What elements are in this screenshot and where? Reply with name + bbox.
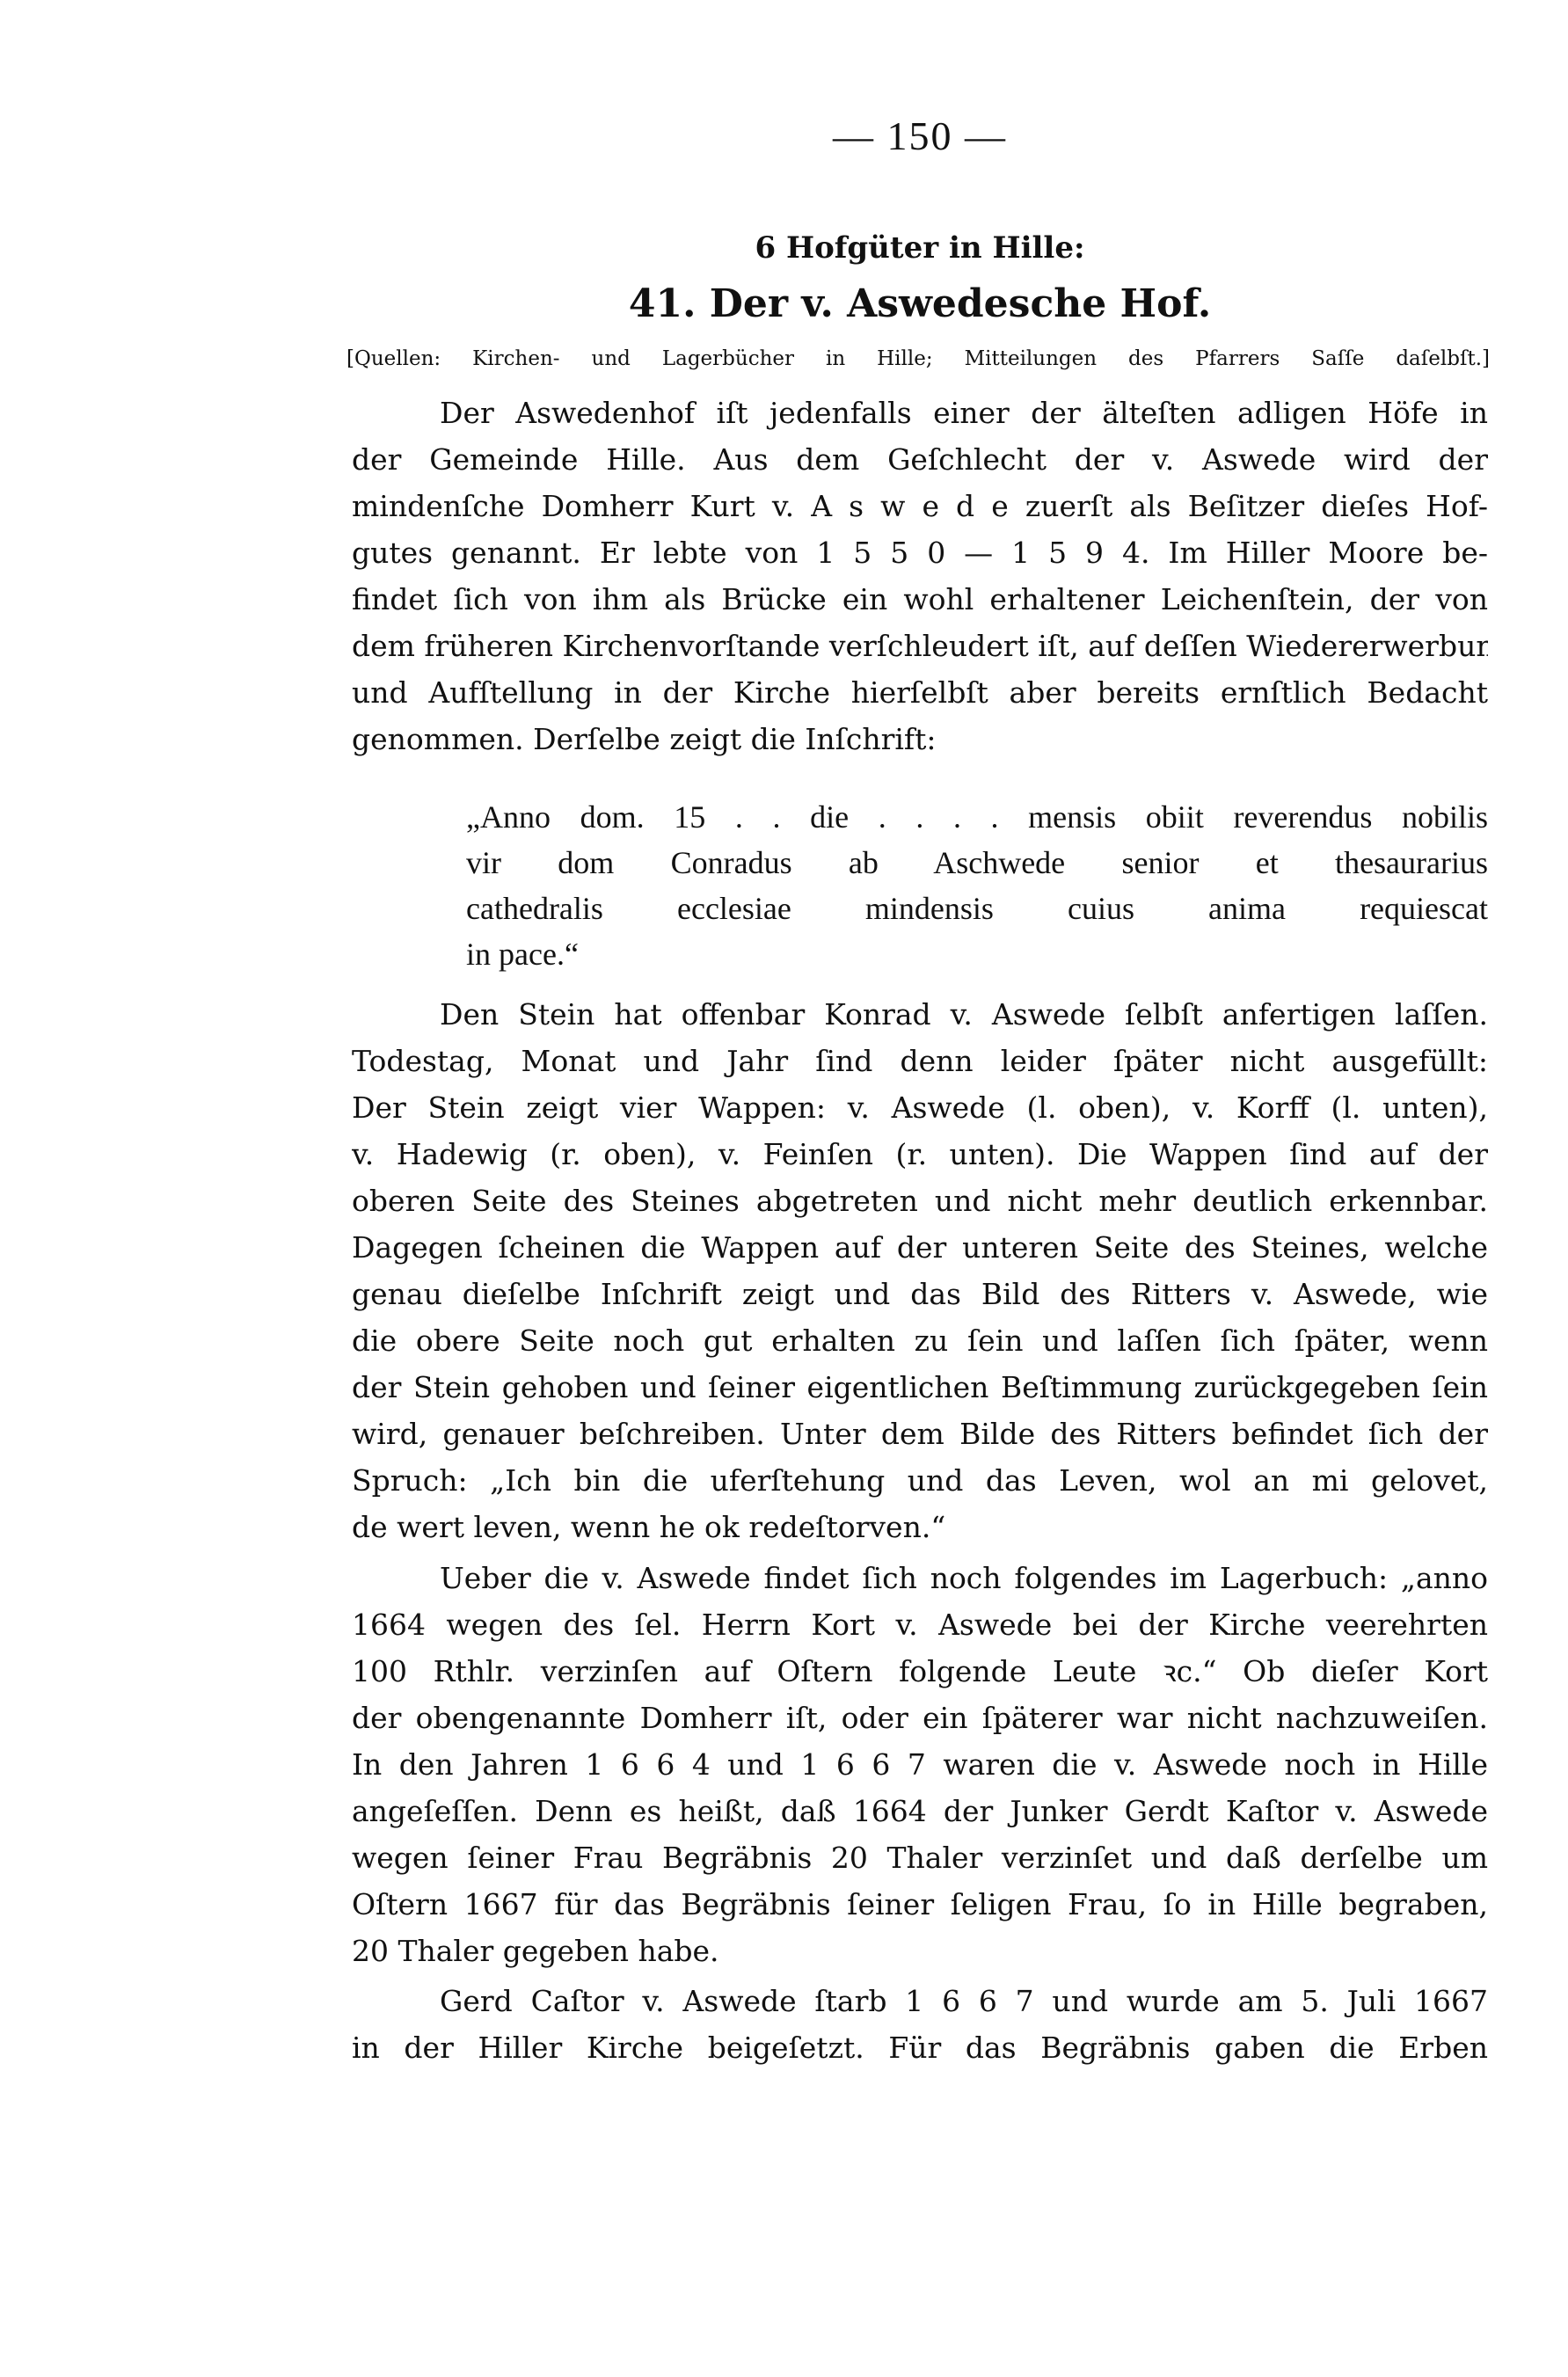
quote-line: in pace.“: [466, 931, 1488, 977]
text-line: wegen ſeiner Frau Begräbnis 20 Thaler ve…: [352, 1834, 1488, 1881]
text-line: 1664 wegen des ſel. Herrn Kort v. Aswede…: [352, 1601, 1488, 1648]
paragraph-3: Ueber die v. Aswede findet ſich noch fol…: [352, 1555, 1488, 1974]
text-line: Ueber die v. Aswede findet ſich noch fol…: [352, 1555, 1488, 1601]
text-line: 20 Thaler gegeben habe.: [352, 1928, 1488, 1974]
text-line: Todestag, Monat und Jahr ſind denn leide…: [352, 1038, 1488, 1084]
text-line: Der Stein zeigt vier Wappen: v. Aswede (…: [352, 1084, 1488, 1131]
text-line: genommen. Derſelbe zeigt die Inſchrift:: [352, 716, 1488, 762]
quote-line: „Anno dom. 15 . . die . . . . mensis obi…: [466, 794, 1488, 840]
text-line: Den Stein hat offenbar Konrad v. Aswede …: [352, 991, 1488, 1038]
quote-line: cathedralis ecclesiae mindensis cuius an…: [466, 886, 1488, 931]
section-heading: 6 Hofgüter in Hille:: [352, 230, 1488, 266]
text-line: wird, genauer beſchreiben. Unter dem Bil…: [352, 1411, 1488, 1457]
text-line: de wert leven, wenn he ok redeſtorven.“: [352, 1504, 1488, 1550]
sources-note: [Quellen: Kirchen- und Lagerbücher in Hi…: [346, 347, 1490, 370]
page-number: — 150 —: [352, 113, 1488, 159]
text-line: der obengenannte Domherr iſt, oder ein ſ…: [352, 1695, 1488, 1741]
text-line: der Stein gehoben und ſeiner eigentliche…: [352, 1364, 1488, 1411]
paragraph-4: Gerd Caſtor v. Aswede ſtarb 1 6 6 7 und …: [352, 1978, 1488, 2071]
text-line: genau dieſelbe Inſchrift zeigt und das B…: [352, 1271, 1488, 1317]
text-line: v. Hadewig (r. oben), v. Feinſen (r. unt…: [352, 1131, 1488, 1178]
quote-line: vir dom Conradus ab Aschwede senior et t…: [466, 840, 1488, 886]
text-line: dem früheren Kirchenvorſtande verſchleud…: [352, 623, 1488, 669]
text-line: in der Hiller Kirche beigeſetzt. Für das…: [352, 2024, 1488, 2071]
text-line: und Aufſtellung in der Kirche hierſelbſt…: [352, 669, 1488, 716]
text-line: Oſtern 1667 für das Begräbnis ſeiner ſel…: [352, 1881, 1488, 1928]
text-line: die obere Seite noch gut erhalten zu ſei…: [352, 1317, 1488, 1364]
text-line: oberen Seite des Steines abgetreten und …: [352, 1178, 1488, 1224]
inscription-quote: „Anno dom. 15 . . die . . . . mensis obi…: [466, 794, 1488, 977]
text-line: Der Aswedenhof iſt jedenfalls einer der …: [352, 390, 1488, 436]
text-line: mindenſche Domherr Kurt v. A s w e d e z…: [352, 483, 1488, 529]
text-line: Gerd Caſtor v. Aswede ſtarb 1 6 6 7 und …: [352, 1978, 1488, 2024]
text-line: In den Jahren 1 6 6 4 und 1 6 6 7 waren …: [352, 1741, 1488, 1788]
text-line: Spruch: „Ich bin die uferſtehung und das…: [352, 1457, 1488, 1504]
text-line: der Gemeinde Hille. Aus dem Geſchlecht d…: [352, 436, 1488, 483]
text-line: findet ſich von ihm als Brücke ein wohl …: [352, 576, 1488, 623]
paragraph-2: Den Stein hat offenbar Konrad v. Aswede …: [352, 991, 1488, 1550]
text-line: gutes genannt. Er lebte von 1 5 5 0 — 1 …: [352, 529, 1488, 576]
chapter-title: 41. Der v. Aswedesche Hof.: [352, 281, 1488, 326]
text-line: Dagegen ſcheinen die Wappen auf der unte…: [352, 1224, 1488, 1271]
text-line: 100 Rthlr. verzinſen auf Oſtern folgende…: [352, 1648, 1488, 1695]
text-line: angeſeſſen. Denn es heißt, daß 1664 der …: [352, 1788, 1488, 1834]
paragraph-1: Der Aswedenhof iſt jedenfalls einer der …: [352, 390, 1488, 762]
